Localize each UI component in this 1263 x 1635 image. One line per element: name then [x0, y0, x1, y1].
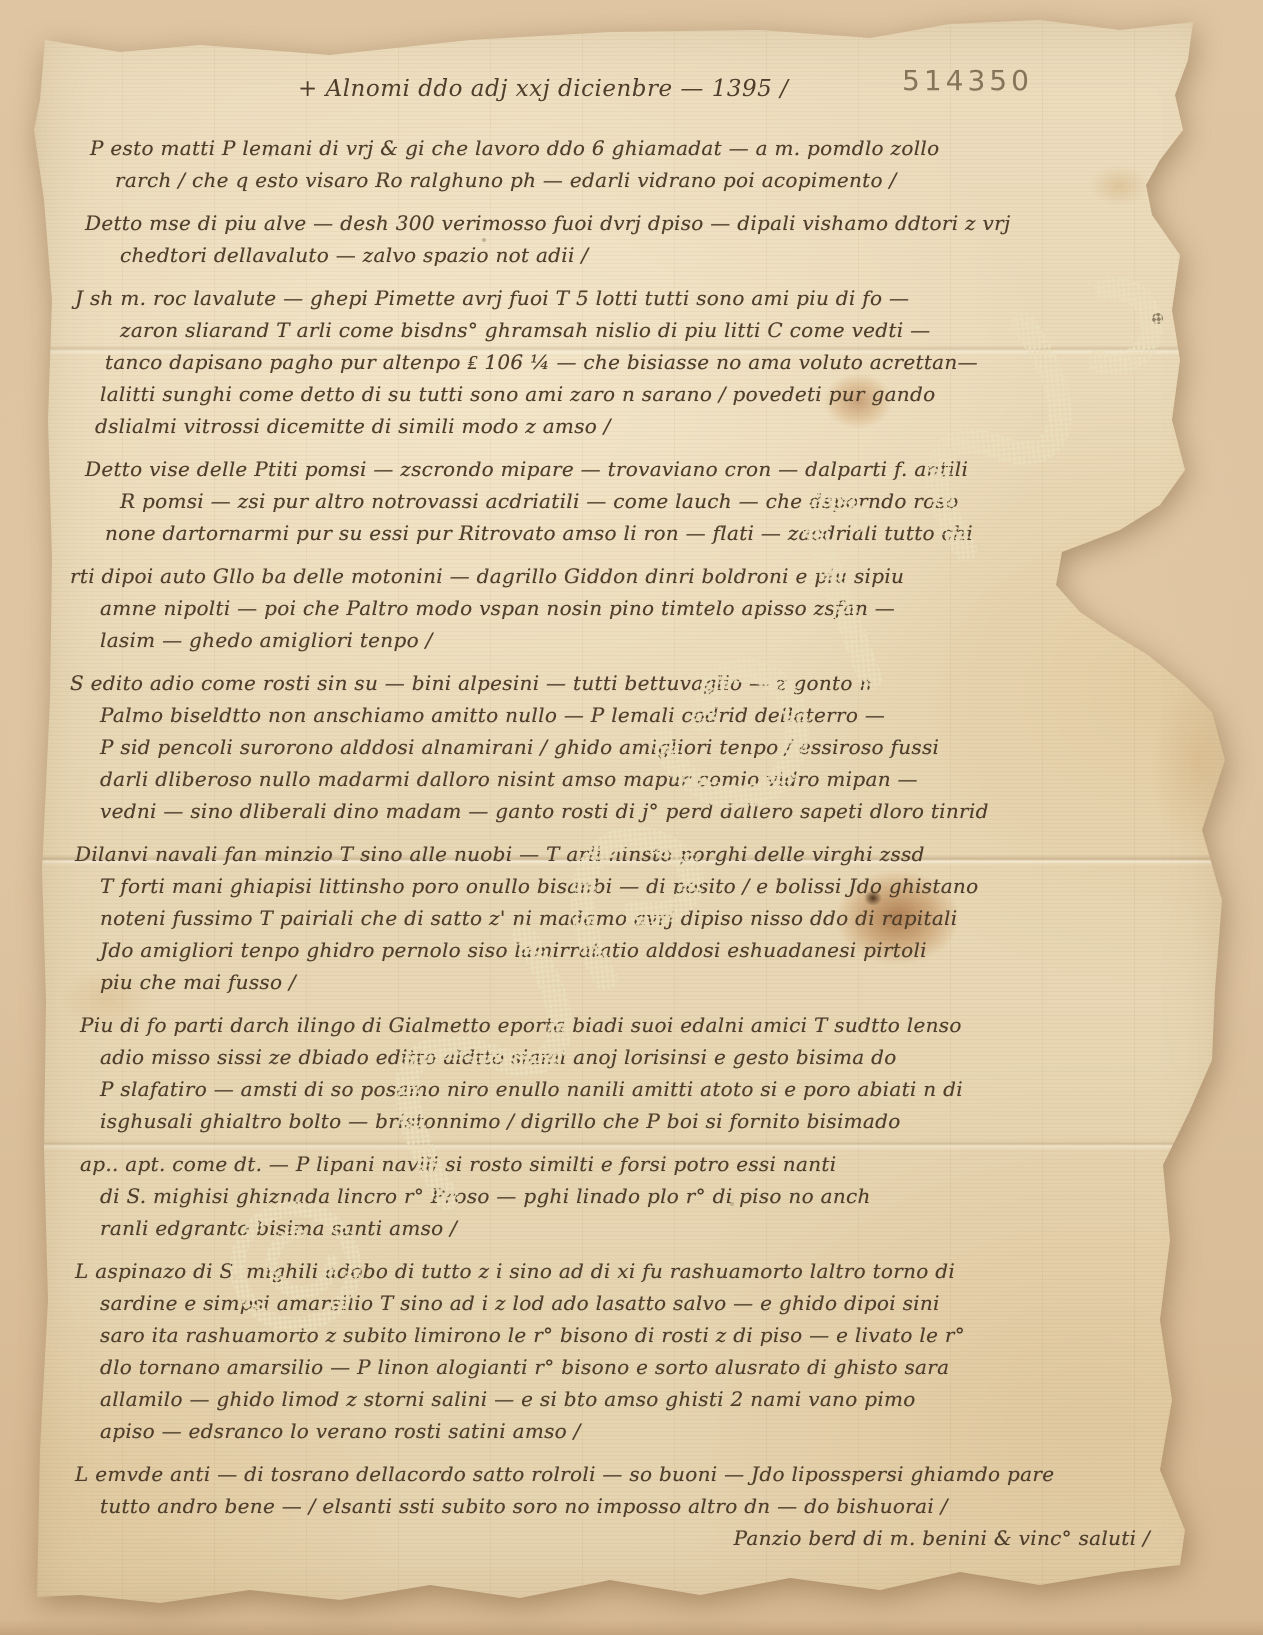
table-edge-shadow: [0, 1619, 1263, 1635]
paper-shadow-wrap: + Alnomi ddo adj xxj dicienbre — 1395 / …: [0, 0, 1263, 1635]
photo-stage: + Alnomi ddo adj xxj dicienbre — 1395 / …: [0, 0, 1263, 1635]
manuscript-paper: + Alnomi ddo adj xxj dicienbre — 1395 / …: [30, 12, 1235, 1612]
paper-vignette: [30, 12, 1235, 1612]
